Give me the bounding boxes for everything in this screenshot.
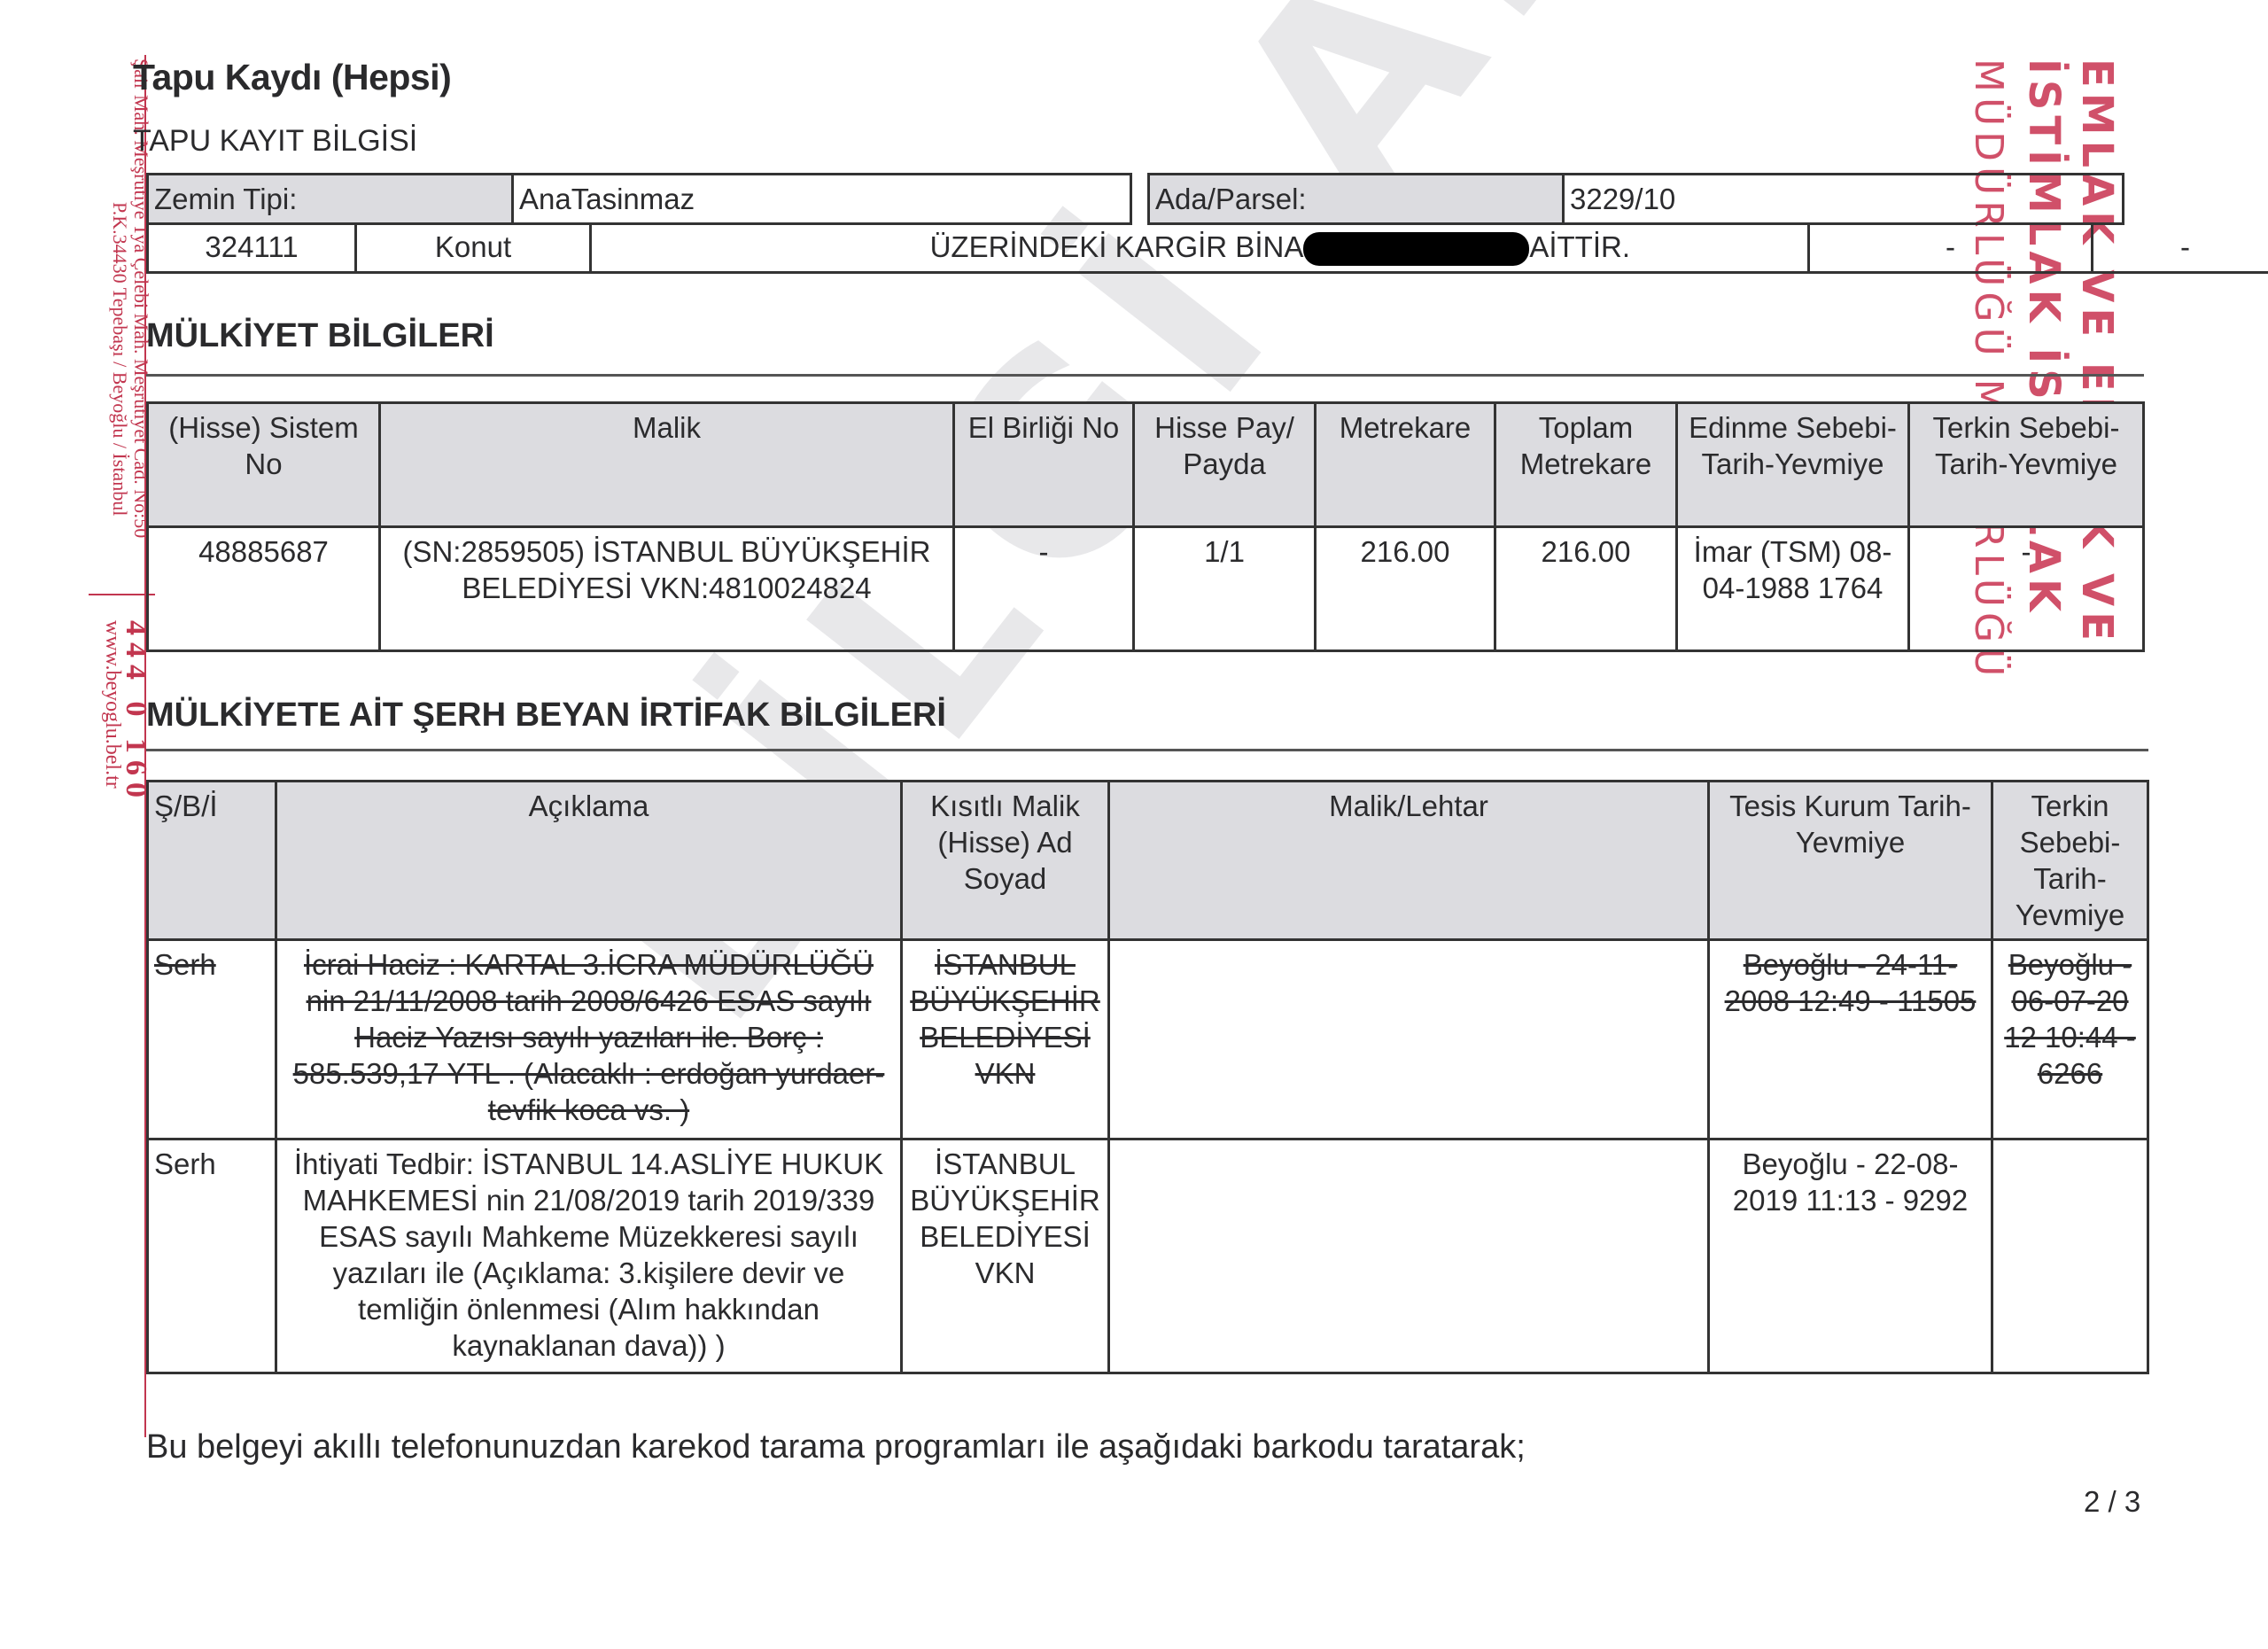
tapu-kayit-table-right: Ada/Parsel: 3229/10 <box>1147 173 2124 225</box>
mulkiyet-el-birligi-no: - <box>954 527 1134 651</box>
mulkiyet-header-cell: El Birliği No <box>954 403 1134 527</box>
page-title: Tapu Kaydı (Hepsi) <box>133 57 451 98</box>
tapu-kayit-table-left: Zemin Tipi: AnaTasinmaz <box>146 173 1132 225</box>
aciklama-suffix: AİTTİR. <box>1529 230 1630 263</box>
ada-parsel-label: Ada/Parsel: <box>1149 175 1564 224</box>
serh-header-row: Ş/B/İAçıklamaKısıtlı Malik (Hisse) Ad So… <box>148 782 2148 940</box>
mulkiyet-table: (Hisse) Sistem NoMalikEl Birliği NoHisse… <box>146 401 2145 652</box>
zemin-tipi-label: Zemin Tipi: <box>148 175 513 224</box>
serh-tesis: Beyoğlu - 22-08-2019 11:13 - 9292 <box>1709 1140 1992 1373</box>
mulkiyet-metrekare: 216.00 <box>1316 527 1495 651</box>
nitelik: Konut <box>356 223 591 273</box>
section-mulkiyet-bilgileri: MÜLKİYET BİLGİLERİ <box>146 317 494 355</box>
serh-terkin <box>1992 1140 2148 1373</box>
mulkiyet-header-cell: Hisse Pay/ Payda <box>1134 403 1316 527</box>
mulkiyet-header-cell: Malik <box>380 403 954 527</box>
redacted-block <box>1303 232 1529 266</box>
detail-col5: - <box>2093 223 2268 273</box>
detail-col4: - <box>1809 223 2093 273</box>
serh-sbi: Serh <box>148 1140 276 1373</box>
mulkiyet-malik: (SN:2859505) İSTANBUL BÜYÜKŞEHİR BELEDİY… <box>380 527 954 651</box>
page-number: 2 / 3 <box>2084 1485 2140 1519</box>
stamp-tick-line <box>89 594 155 595</box>
section-serh-beyan: MÜLKİYETE AİT ŞERH BEYAN İRTİFAK BİLGİLE… <box>146 696 946 735</box>
zemin-tipi-value: AnaTasinmaz <box>513 175 1131 224</box>
serh-kisitli-malik: İSTANBUL BÜYÜKŞEHİR BELEDİYESİ VKN <box>902 940 1109 1140</box>
mulkiyet-sistem-no: 48885687 <box>148 527 380 651</box>
section-divider <box>146 374 2144 377</box>
serh-beyan-table: Ş/B/İAçıklamaKısıtlı Malik (Hisse) Ad So… <box>146 780 2149 1374</box>
aciklama-prefix: ÜZERİNDEKİ KARGİR BİNA <box>930 230 1304 263</box>
serh-header-cell: Kısıtlı Malik (Hisse) Ad Soyad <box>902 782 1109 940</box>
table-row: Serhİcrai Haciz : KARTAL 3.İCRA MÜDÜRLÜĞ… <box>148 940 2148 1140</box>
mulkiyet-edinme: İmar (TSM) 08-04-1988 1764 <box>1677 527 1909 651</box>
serh-malik-lehtar <box>1109 1140 1709 1373</box>
serh-malik-lehtar <box>1109 940 1709 1140</box>
ada-parsel-value: 3229/10 <box>1564 175 2124 224</box>
serh-header-cell: Ş/B/İ <box>148 782 276 940</box>
qr-instruction-text: Bu belgeyi akıllı telefonunuzdan karekod… <box>146 1428 1526 1466</box>
mulkiyet-header-cell: Metrekare <box>1316 403 1495 527</box>
mulkiyet-toplam-metrekare: 216.00 <box>1495 527 1677 651</box>
serh-header-cell: Açıklama <box>276 782 902 940</box>
mulkiyet-header-cell: (Hisse) Sistem No <box>148 403 380 527</box>
table-row: Serhİhtiyati Tedbir: İSTANBUL 14.ASLİYE … <box>148 1140 2148 1373</box>
mulkiyet-header-cell: Edinme Sebebi-Tarih-Yevmiye <box>1677 403 1909 527</box>
serh-tesis: Beyoğlu - 24-11-2008 12:49 - 11505 <box>1709 940 1992 1140</box>
serh-terkin: Beyoğlu - 06-07-20 12 10:44 - 6266 <box>1992 940 2148 1140</box>
stamp-website: www.beyoglu.bel.tr <box>100 620 124 789</box>
serh-kisitli-malik: İSTANBUL BÜYÜKŞEHİR BELEDİYESİ VKN <box>902 1140 1109 1373</box>
mulkiyet-hisse-pay-payda: 1/1 <box>1134 527 1316 651</box>
mulkiyet-header-cell: Terkin Sebebi-Tarih-Yevmiye <box>1909 403 2144 527</box>
tasinmaz-no: 324111 <box>148 223 356 273</box>
stamp-address-line2: P.K.34430 Tepebaşı / Beyoğlu / İstanbul <box>108 202 131 516</box>
serh-sbi: Serh <box>148 940 276 1140</box>
mulkiyet-header-row: (Hisse) Sistem NoMalikEl Birliği NoHisse… <box>148 403 2144 527</box>
serh-aciklama: İhtiyati Tedbir: İSTANBUL 14.ASLİYE HUKU… <box>276 1140 902 1373</box>
serh-header-cell: Malik/Lehtar <box>1109 782 1709 940</box>
serh-aciklama: İcrai Haciz : KARTAL 3.İCRA MÜDÜRLÜĞÜ ni… <box>276 940 902 1140</box>
section-tapu-kayit-bilgisi: TAPU KAYIT BİLGİSİ <box>133 124 417 159</box>
mulkiyet-header-cell: Toplam Metrekare <box>1495 403 1677 527</box>
section-divider <box>146 749 2148 751</box>
tapu-kayit-detail-row: 324111 Konut ÜZERİNDEKİ KARGİR BİNAAİTTİ… <box>146 223 2268 274</box>
mulkiyet-terkin: - <box>1909 527 2144 651</box>
nitelik-aciklama: ÜZERİNDEKİ KARGİR BİNAAİTTİR. <box>591 223 1809 273</box>
serh-header-cell: Tesis Kurum Tarih-Yevmiye <box>1709 782 1992 940</box>
table-row: 48885687(SN:2859505) İSTANBUL BÜYÜKŞEHİR… <box>148 527 2144 651</box>
serh-header-cell: Terkin Sebebi-Tarih-Yevmiye <box>1992 782 2148 940</box>
